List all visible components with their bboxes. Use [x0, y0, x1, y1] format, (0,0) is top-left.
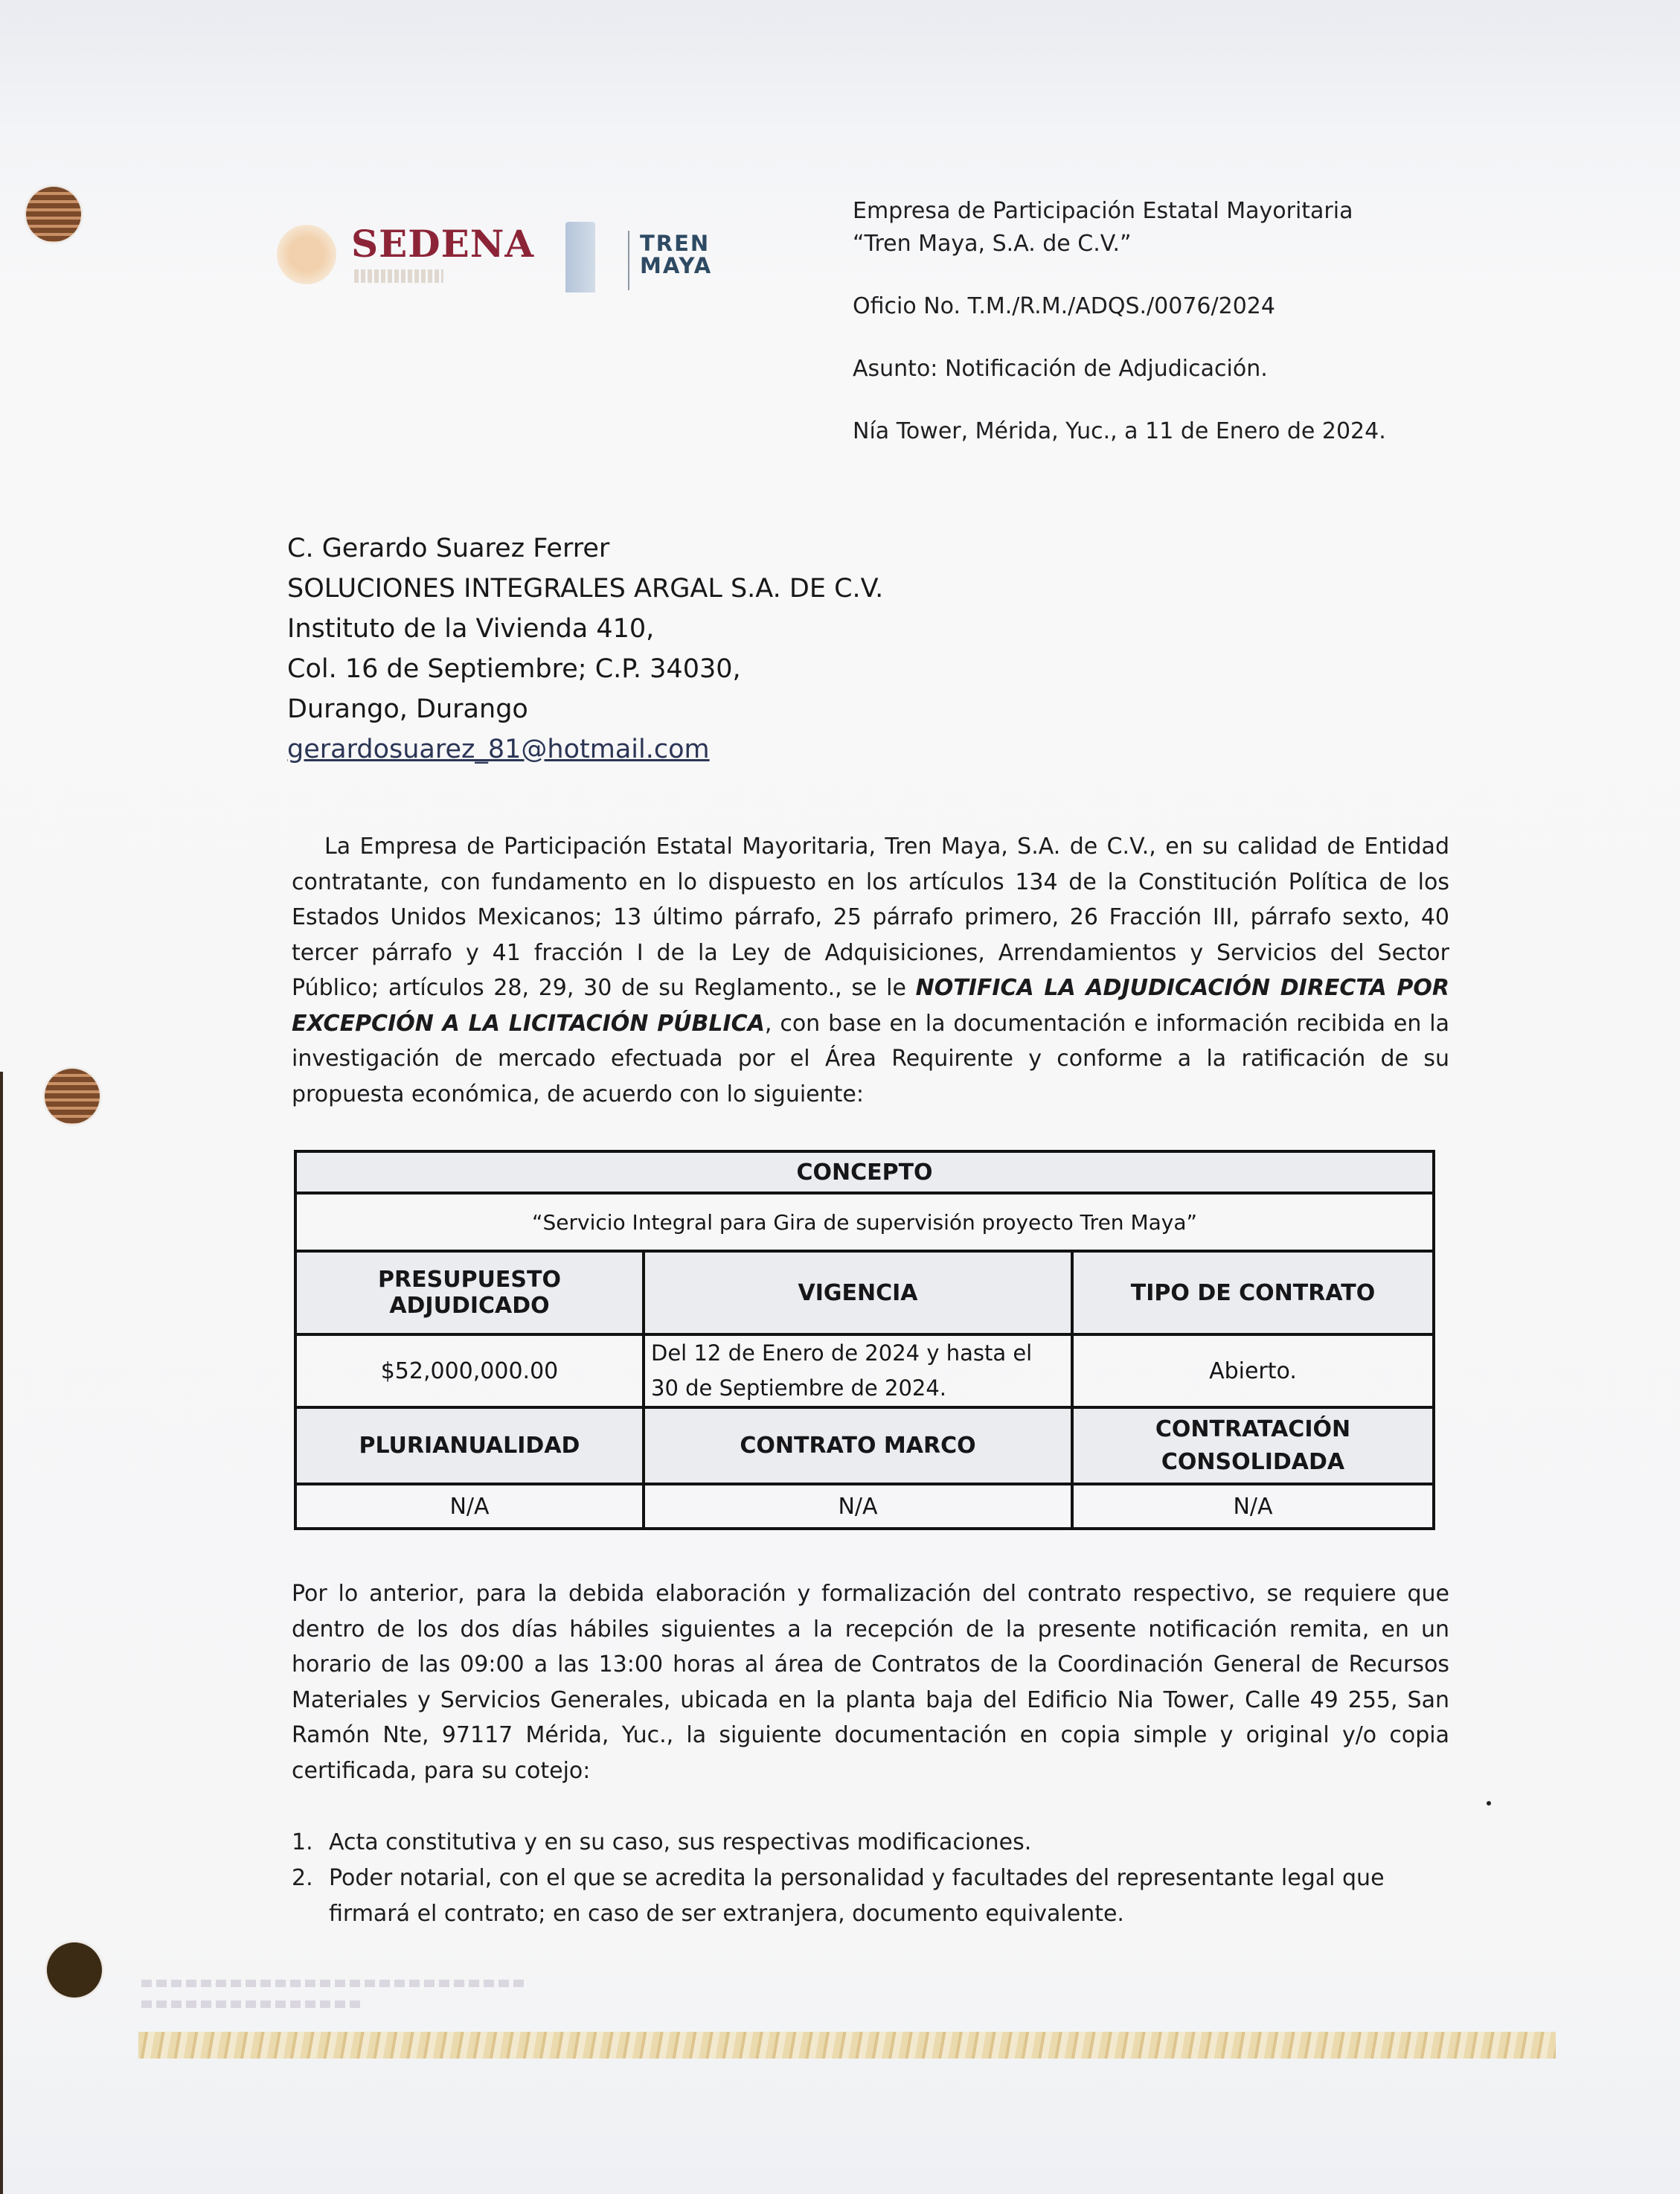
page-edge [0, 1072, 3, 2194]
paragraph-requirements: Por lo anterior, para la debida elaborac… [292, 1576, 1449, 1788]
list-item-text: Poder notarial, con el que se acredita l… [329, 1861, 1452, 1932]
contract-table: CONCEPTO “Servicio Integral para Gira de… [294, 1150, 1435, 1530]
tren-maya-mark-icon [565, 222, 595, 292]
list-item-text: Acta constitutiva y en su caso, sus resp… [329, 1825, 1031, 1861]
national-seal-icon [277, 225, 336, 284]
list-item: 1. Acta constitutiva y en su caso, sus r… [292, 1825, 1452, 1861]
tren-maya-logo: TREN MAYA [640, 232, 712, 277]
sedena-logo: SEDENA [351, 222, 534, 266]
footer-address-faint [141, 1980, 528, 2021]
header-vigencia: VIGENCIA [644, 1251, 1072, 1334]
list-item: 2. Poder notarial, con el que se acredit… [292, 1861, 1452, 1932]
value-plurianualidad: N/A [295, 1484, 644, 1529]
header-contratacion-consolidada: CONTRATACIÓN CONSOLIDADA [1072, 1407, 1434, 1484]
header-contrato-marco: CONTRATO MARCO [644, 1407, 1072, 1484]
recipient-company: SOLUCIONES INTEGRALES ARGAL S.A. DE C.V. [287, 569, 883, 609]
recipient-address1: Instituto de la Vivienda 410, [287, 609, 883, 649]
tren-maya-line1: TREN [640, 232, 712, 255]
value-presupuesto: $52,000,000.00 [295, 1334, 644, 1407]
tren-maya-line2: MAYA [640, 255, 712, 277]
binder-hole-top [26, 187, 81, 242]
place-date: Nía Tower, Mérida, Yuc., a 11 de Enero d… [853, 415, 1386, 448]
header-plurianualidad: PLURIANUALIDAD [295, 1407, 644, 1484]
ink-dot [1487, 1801, 1491, 1806]
recipient-email-link[interactable]: gerardosuarez_81@hotmail.com [287, 729, 883, 770]
binder-hole-middle [45, 1069, 100, 1124]
value-contrato-marco: N/A [644, 1484, 1072, 1529]
header-logos: SEDENA TREN MAYA [277, 216, 723, 298]
letter-header: Empresa de Participación Estatal Mayorit… [853, 195, 1386, 448]
decorative-footer-band [138, 2032, 1556, 2059]
recipient-address2: Col. 16 de Septiembre; C.P. 34030, [287, 649, 883, 689]
value-tipo-contrato: Abierto. [1072, 1334, 1434, 1407]
recipient-city: Durango, Durango [287, 689, 883, 729]
binder-hole-bottom [47, 1942, 102, 1998]
header-tipo-contrato: TIPO DE CONTRATO [1072, 1251, 1434, 1334]
paragraph-notification: La Empresa de Participación Estatal Mayo… [292, 829, 1449, 1112]
logo-separator [628, 231, 629, 290]
asunto: Asunto: Notificación de Adjudicación. [853, 353, 1386, 386]
recipient-block: C. Gerardo Suarez Ferrer SOLUCIONES INTE… [287, 528, 883, 770]
sedena-subtitle [354, 269, 443, 283]
recipient-name: C. Gerardo Suarez Ferrer [287, 528, 883, 569]
entity-line1: Empresa de Participación Estatal Mayorit… [853, 195, 1386, 228]
requirements-list: 1. Acta constitutiva y en su caso, sus r… [292, 1825, 1452, 1932]
header-presupuesto: PRESUPUESTO ADJUDICADO [295, 1251, 644, 1334]
list-item-number: 1. [292, 1825, 329, 1861]
value-contratacion-consolidada: N/A [1072, 1484, 1434, 1529]
oficio-number: Oficio No. T.M./R.M./ADQS./0076/2024 [853, 290, 1386, 323]
list-item-number: 2. [292, 1861, 329, 1932]
entity-line2: “Tren Maya, S.A. de C.V.” [853, 228, 1386, 260]
concepto-value: “Servicio Integral para Gira de supervis… [295, 1193, 1434, 1251]
concepto-header: CONCEPTO [295, 1151, 1434, 1193]
value-vigencia: Del 12 de Enero de 2024 y hasta el 30 de… [644, 1334, 1072, 1407]
